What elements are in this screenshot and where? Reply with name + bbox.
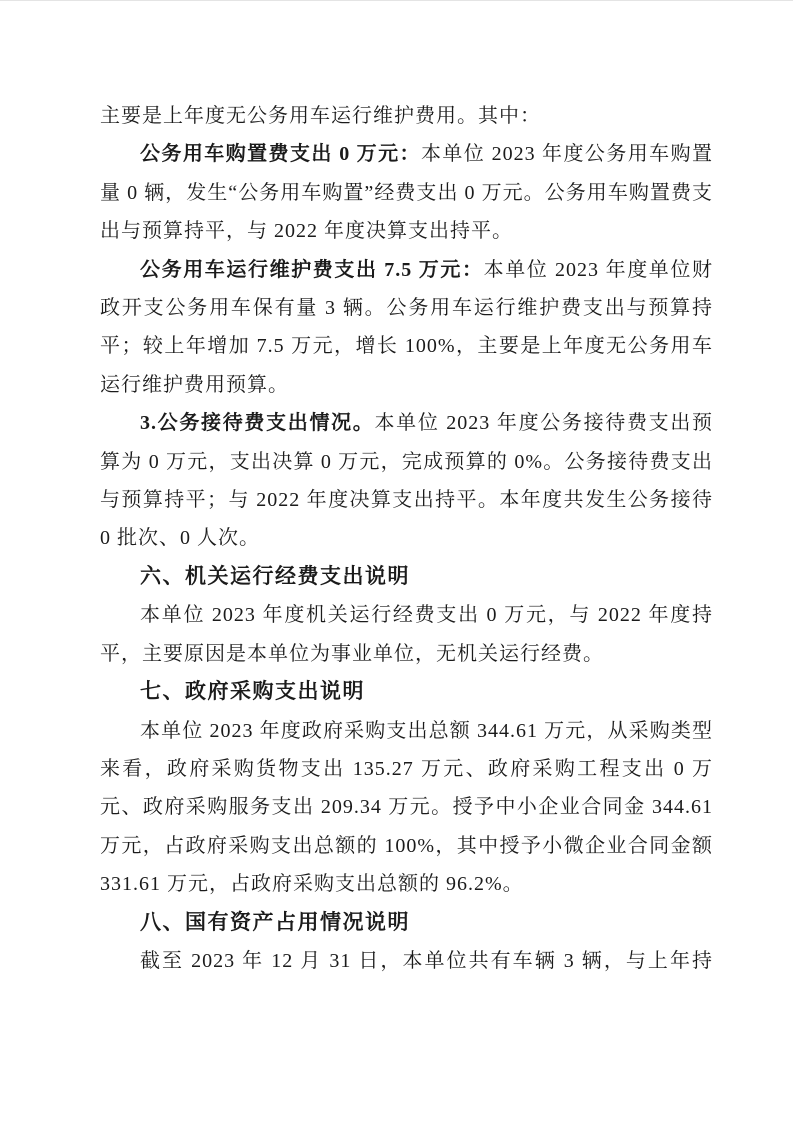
paragraph-bold-lead: 公务用车运行维护费支出 7.5 万元： (140, 259, 484, 281)
paragraph-official-reception: 3.公务接待费支出情况。本单位 2023 年度公务接待费支出预算为 0 万元，支… (100, 404, 713, 558)
paragraph-text: 本单位 2023 年度政府采购支出总额 344.61 万元，从采购类型来看，政府… (100, 720, 713, 896)
section-heading-6: 六、机关运行经费支出说明 (100, 558, 713, 596)
paragraph-state-assets: 截至 2023 年 12 月 31 日，本单位共有车辆 3 辆，与上年持 (100, 942, 713, 980)
paragraph-bold-lead: 3.公务接待费支出情况。 (140, 412, 374, 434)
paragraph-text: 本单位 2023 年度机关运行经费支出 0 万元，与 2022 年度持平，主要原… (100, 604, 713, 664)
section-heading-8: 八、国有资产占用情况说明 (100, 904, 713, 942)
paragraph-government-procurement: 本单位 2023 年度政府采购支出总额 344.61 万元，从采购类型来看，政府… (100, 712, 713, 904)
paragraph-bold-lead: 公务用车购置费支出 0 万元： (140, 143, 421, 165)
paragraph-text: 主要是上年度无公务用车运行维护费用。其中： (100, 105, 541, 127)
paragraph-vehicle-maintenance: 公务用车运行维护费支出 7.5 万元：本单位 2023 年度单位财政开支公务用车… (100, 251, 713, 405)
paragraph-carryover: 主要是上年度无公务用车运行维护费用。其中： (100, 97, 713, 135)
document-page: 主要是上年度无公务用车运行维护费用。其中： 公务用车购置费支出 0 万元：本单位… (0, 0, 793, 1122)
document-text-block: 主要是上年度无公务用车运行维护费用。其中： 公务用车购置费支出 0 万元：本单位… (100, 97, 713, 980)
paragraph-vehicle-purchase: 公务用车购置费支出 0 万元：本单位 2023 年度公务用车购置量 0 辆，发生… (100, 135, 713, 250)
paragraph-operating-expense: 本单位 2023 年度机关运行经费支出 0 万元，与 2022 年度持平，主要原… (100, 596, 713, 673)
paragraph-text: 截至 2023 年 12 月 31 日，本单位共有车辆 3 辆，与上年持 (140, 950, 713, 972)
section-heading-7: 七、政府采购支出说明 (100, 673, 713, 711)
